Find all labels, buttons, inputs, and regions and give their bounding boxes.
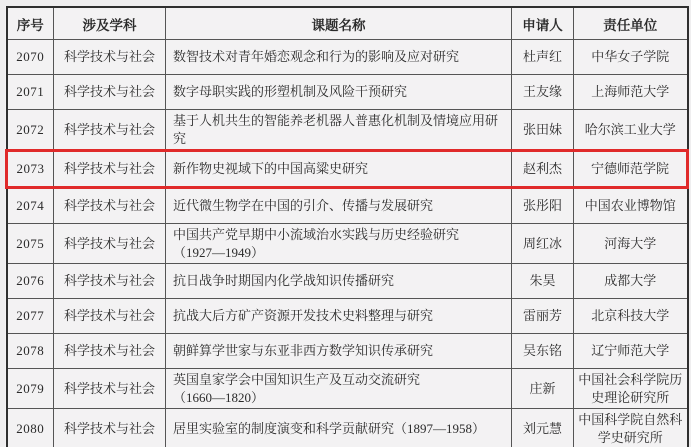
cell-project-title: 近代微生物学在中国的引介、传播与发展研究 <box>166 188 512 224</box>
cell-serial: 2072 <box>7 110 54 151</box>
cell-serial: 2074 <box>7 188 54 224</box>
cell-unit: 中国农业博物馆 <box>574 188 688 224</box>
col-header-discipline: 涉及学科 <box>54 7 166 40</box>
table-row: 2077 科学技术与社会 抗战大后方矿产资源开发技术史料整理与研究 雷丽芳 北京… <box>7 299 688 334</box>
cell-project-title: 中国共产党早期中小流域治水实践与历史经验研究 （1927—1949） <box>166 224 512 264</box>
cell-unit: 北京科技大学 <box>574 299 688 334</box>
table-row: 2074 科学技术与社会 近代微生物学在中国的引介、传播与发展研究 张彤阳 中国… <box>7 188 688 224</box>
table-body: 2070 科学技术与社会 数智技术对青年婚恋观念和行为的影响及应对研究 杜声红 … <box>7 40 688 447</box>
cell-applicant: 刘元慧 <box>512 409 574 447</box>
cell-discipline: 科学技术与社会 <box>54 334 166 369</box>
cell-project-title: 朝鲜算学世家与东亚非西方数学知识传承研究 <box>166 334 512 369</box>
cell-project-title: 基于人机共生的智能养老机器人普惠化机制及情境应用研究 <box>166 110 512 151</box>
cell-discipline: 科学技术与社会 <box>54 299 166 334</box>
cell-serial: 2080 <box>7 409 54 447</box>
table-row: 2071 科学技术与社会 数字母职实践的形塑机制及风险干预研究 王友缘 上海师范… <box>7 75 688 110</box>
cell-unit: 上海师范大学 <box>574 75 688 110</box>
table-row: 2078 科学技术与社会 朝鲜算学世家与东亚非西方数学知识传承研究 吴东铭 辽宁… <box>7 334 688 369</box>
cell-serial: 2073 <box>7 151 54 188</box>
table-row: 2070 科学技术与社会 数智技术对青年婚恋观念和行为的影响及应对研究 杜声红 … <box>7 40 688 75</box>
cell-unit: 中国科学院自然科学史研究所 <box>574 409 688 447</box>
cell-unit: 哈尔滨工业大学 <box>574 110 688 151</box>
cell-serial: 2078 <box>7 334 54 369</box>
cell-discipline: 科学技术与社会 <box>54 409 166 447</box>
table-row: 2079 科学技术与社会 英国皇家学会中国知识生产及互动交流研究 （1660—1… <box>7 369 688 409</box>
cell-serial: 2070 <box>7 40 54 75</box>
table-row: 2072 科学技术与社会 基于人机共生的智能养老机器人普惠化机制及情境应用研究 … <box>7 110 688 151</box>
cell-applicant: 周红冰 <box>512 224 574 264</box>
cell-serial: 2071 <box>7 75 54 110</box>
cell-project-title: 新作物史视域下的中国高粱史研究 <box>166 151 512 188</box>
cell-project-title: 数智技术对青年婚恋观念和行为的影响及应对研究 <box>166 40 512 75</box>
cell-serial: 2075 <box>7 224 54 264</box>
cell-discipline: 科学技术与社会 <box>54 75 166 110</box>
cell-discipline: 科学技术与社会 <box>54 110 166 151</box>
projects-table: 序号 涉及学科 课题名称 申请人 责任单位 2070 科学技术与社会 数智技术对… <box>5 6 689 447</box>
cell-discipline: 科学技术与社会 <box>54 264 166 299</box>
cell-project-title: 抗日战争时期国内化学战知识传播研究 <box>166 264 512 299</box>
cell-project-title: 抗战大后方矿产资源开发技术史料整理与研究 <box>166 299 512 334</box>
table-row: 2073 科学技术与社会 新作物史视域下的中国高粱史研究 赵利杰 宁德师范学院 <box>7 151 688 188</box>
cell-discipline: 科学技术与社会 <box>54 369 166 409</box>
table-row: 2080 科学技术与社会 居里实验室的制度演变和科学贡献研究（1897—1958… <box>7 409 688 447</box>
cell-applicant: 庄新 <box>512 369 574 409</box>
cell-applicant: 朱昊 <box>512 264 574 299</box>
document-page: 序号 涉及学科 课题名称 申请人 责任单位 2070 科学技术与社会 数智技术对… <box>0 0 691 447</box>
cell-discipline: 科学技术与社会 <box>54 151 166 188</box>
table-row: 2076 科学技术与社会 抗日战争时期国内化学战知识传播研究 朱昊 成都大学 <box>7 264 688 299</box>
col-header-project-title: 课题名称 <box>166 7 512 40</box>
cell-unit: 中华女子学院 <box>574 40 688 75</box>
cell-applicant: 吴东铭 <box>512 334 574 369</box>
cell-discipline: 科学技术与社会 <box>54 188 166 224</box>
cell-project-title: 英国皇家学会中国知识生产及互动交流研究 （1660—1820） <box>166 369 512 409</box>
cell-applicant: 赵利杰 <box>512 151 574 188</box>
cell-serial: 2079 <box>7 369 54 409</box>
col-header-applicant: 申请人 <box>512 7 574 40</box>
cell-unit: 河海大学 <box>574 224 688 264</box>
cell-applicant: 王友缘 <box>512 75 574 110</box>
cell-unit: 中国社会科学院历史理论研究所 <box>574 369 688 409</box>
cell-project-title: 居里实验室的制度演变和科学贡献研究（1897—1958） <box>166 409 512 447</box>
cell-applicant: 杜声红 <box>512 40 574 75</box>
cell-applicant: 雷丽芳 <box>512 299 574 334</box>
cell-unit: 成都大学 <box>574 264 688 299</box>
cell-serial: 2076 <box>7 264 54 299</box>
col-header-unit: 责任单位 <box>574 7 688 40</box>
cell-unit: 辽宁师范大学 <box>574 334 688 369</box>
cell-applicant: 张彤阳 <box>512 188 574 224</box>
cell-serial: 2077 <box>7 299 54 334</box>
table-row: 2075 科学技术与社会 中国共产党早期中小流域治水实践与历史经验研究 （192… <box>7 224 688 264</box>
table-header-row: 序号 涉及学科 课题名称 申请人 责任单位 <box>7 7 688 40</box>
cell-project-title: 数字母职实践的形塑机制及风险干预研究 <box>166 75 512 110</box>
cell-applicant: 张田妹 <box>512 110 574 151</box>
col-header-serial: 序号 <box>7 7 54 40</box>
cell-unit: 宁德师范学院 <box>574 151 688 188</box>
cell-discipline: 科学技术与社会 <box>54 224 166 264</box>
cell-discipline: 科学技术与社会 <box>54 40 166 75</box>
